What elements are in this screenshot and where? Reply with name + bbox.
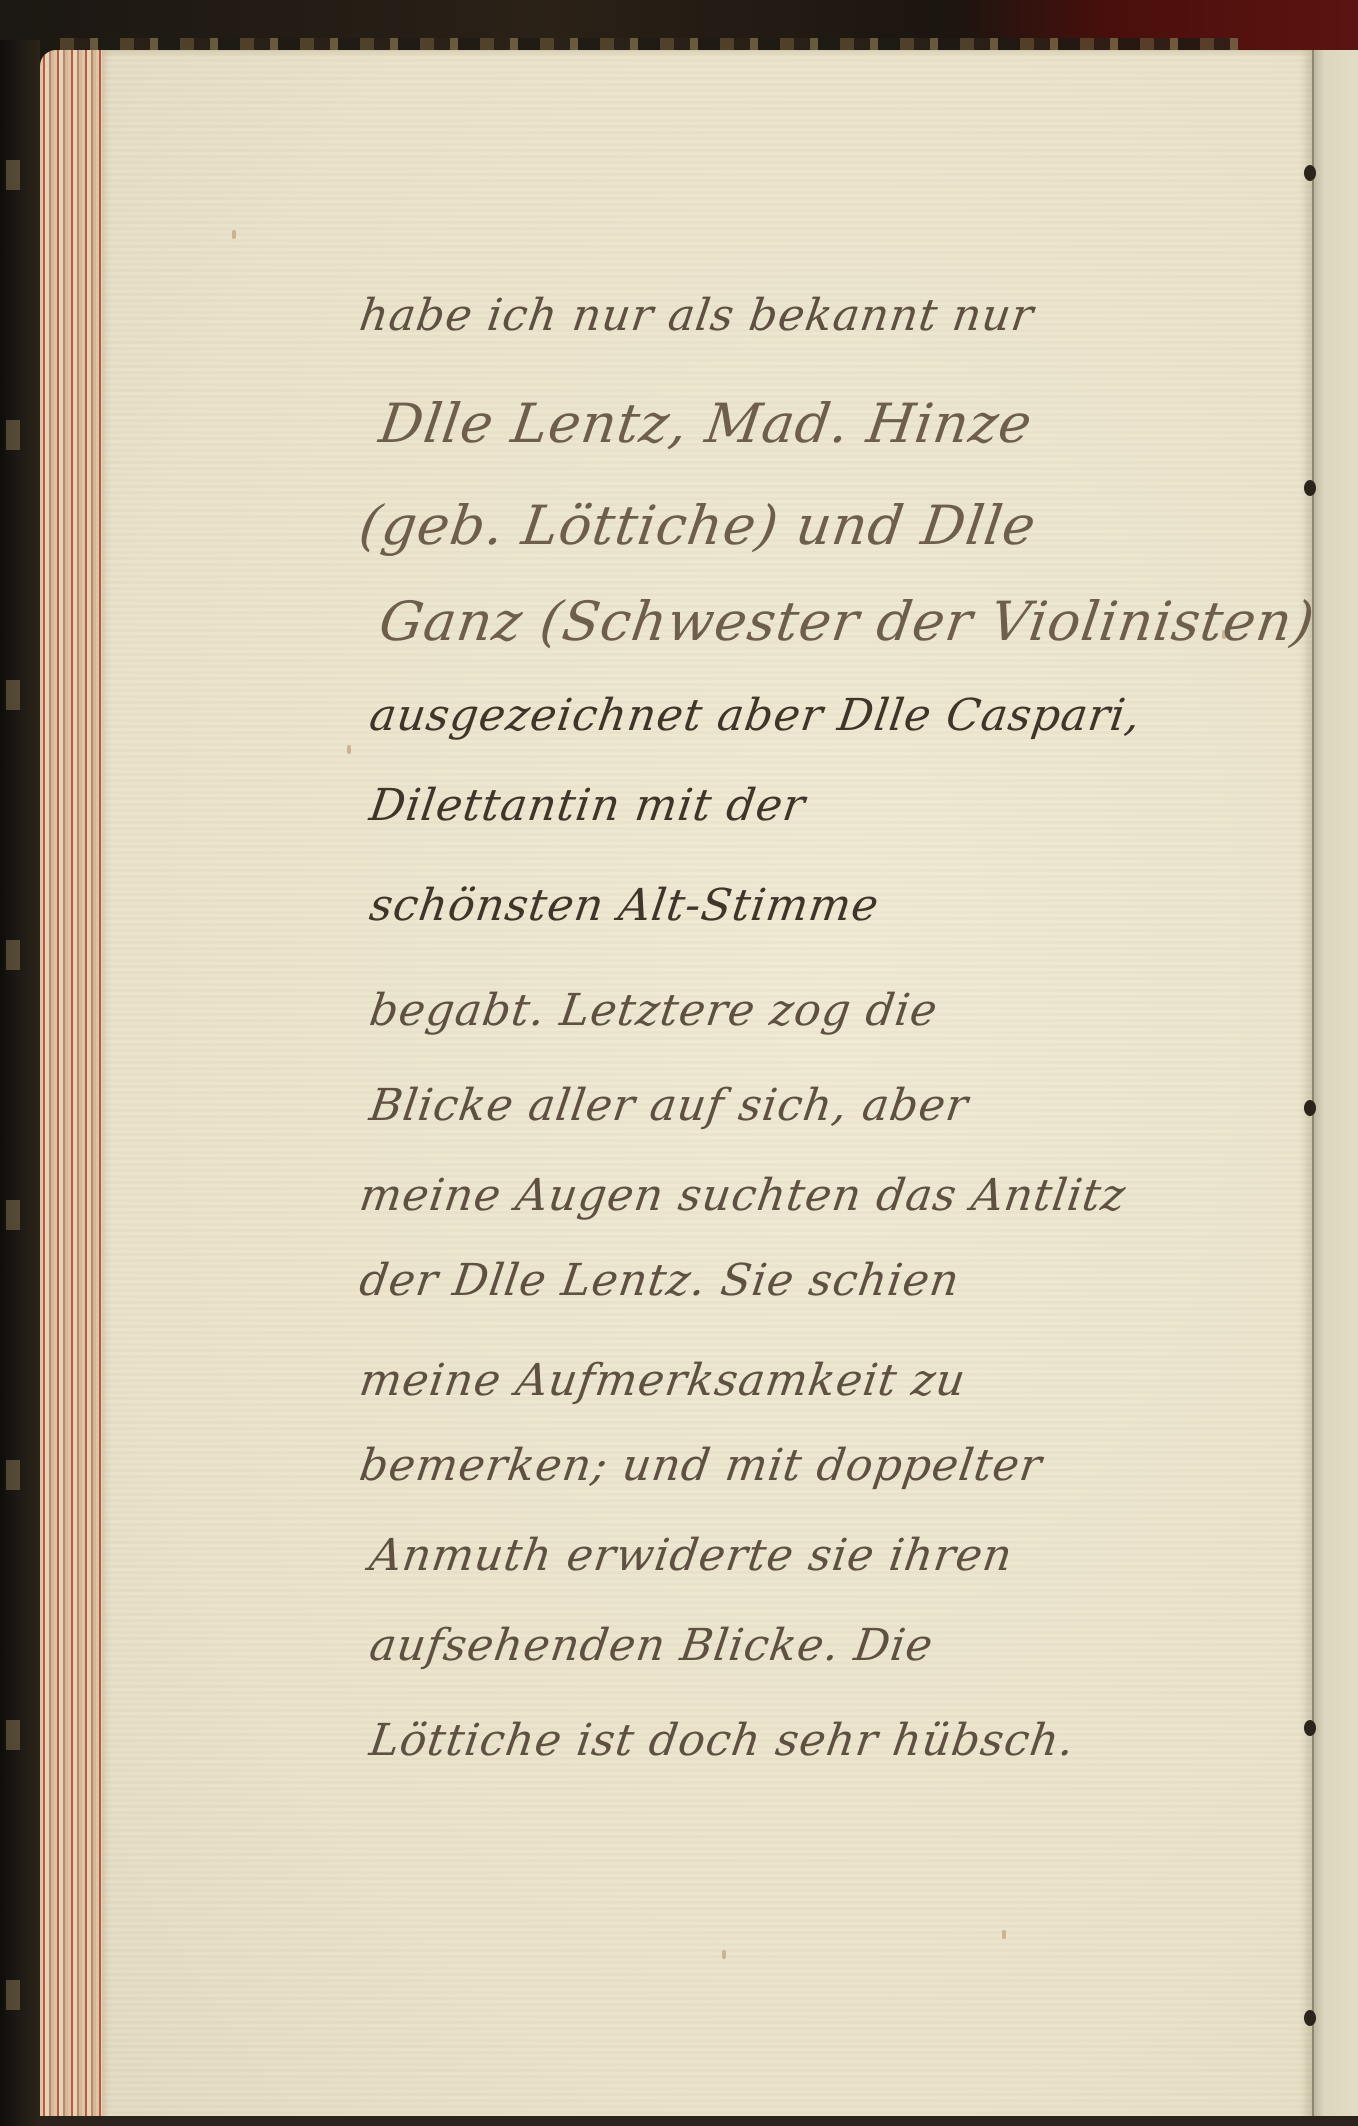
text-line: Ganz (Schwester der Violinisten) — [376, 590, 1319, 653]
text-line: habe ich nur als bekannt nur — [356, 290, 1037, 341]
text-line: (geb. Löttiche) und Dlle — [356, 494, 1041, 557]
paper-speck — [347, 745, 351, 754]
text-line: der Dlle Lentz. Sie schien — [356, 1255, 963, 1306]
binding-hole — [1304, 2010, 1316, 2026]
paper-speck — [722, 1950, 726, 1959]
text-line: meine Aufmerksamkeit zu — [356, 1355, 969, 1406]
text-line: Dilettantin mit der — [366, 780, 808, 831]
text-line: Anmuth erwiderte sie ihren — [366, 1530, 1016, 1581]
text-line: begabt. Letztere zog die — [366, 985, 941, 1036]
adjacent-page-edge — [1312, 50, 1358, 2126]
paper-speck — [232, 230, 236, 239]
page-edges-stack — [40, 50, 102, 2126]
text-line: meine Augen suchten das Antlitz — [356, 1170, 1129, 1221]
text-line: Löttiche ist doch sehr hübsch. — [366, 1715, 1078, 1766]
binding-hole — [1304, 165, 1316, 181]
text-line: schönsten Alt-Stimme — [366, 880, 882, 931]
text-line: Dlle Lentz, Mad. Hinze — [376, 392, 1037, 455]
text-line: ausgezeichnet aber Dlle Caspari, — [366, 690, 1144, 741]
binding-hole — [1304, 1720, 1316, 1736]
book-bottom-edge — [40, 2116, 1358, 2126]
text-line: Blicke aller auf sich, aber — [366, 1080, 971, 1131]
paper-speck — [1002, 1930, 1006, 1939]
text-line: aufsehenden Blicke. Die — [366, 1620, 936, 1671]
text-line: bemerken; und mit doppelter — [356, 1440, 1045, 1491]
binding-hole — [1304, 480, 1316, 496]
book-spine — [0, 40, 40, 2126]
binding-hole — [1304, 1100, 1316, 1116]
